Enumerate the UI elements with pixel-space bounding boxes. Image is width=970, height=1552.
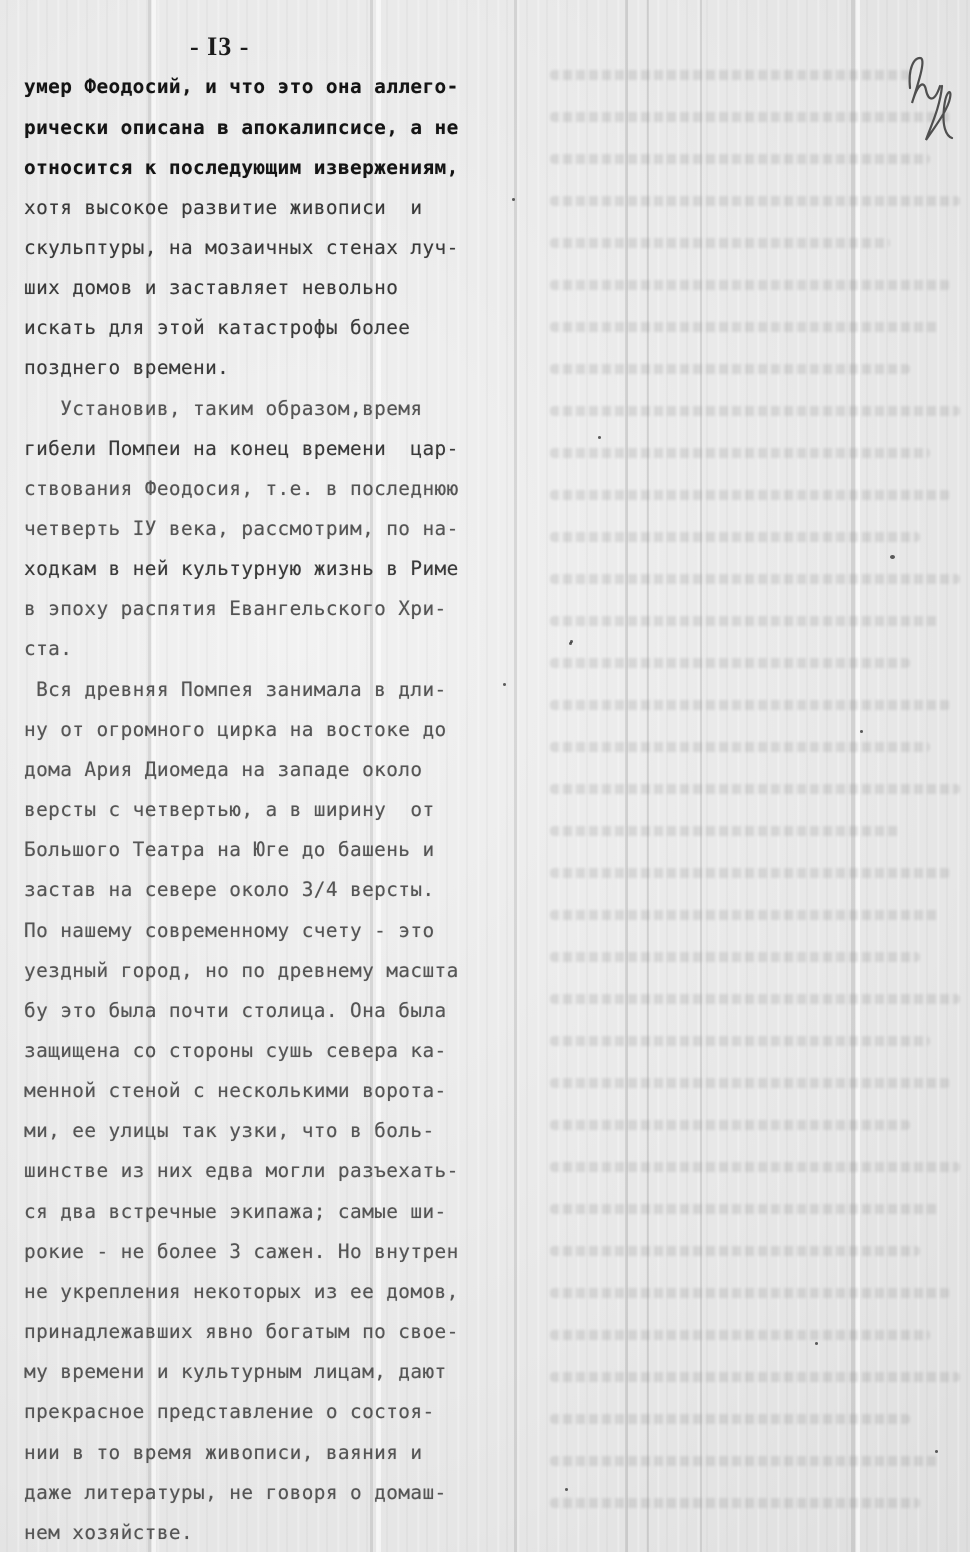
text-line: му времени и культурным лицам, дают bbox=[24, 1360, 447, 1384]
text-line: версты с четвертью, а в ширину от bbox=[24, 798, 435, 822]
bleed-through-text bbox=[530, 50, 970, 1530]
text-line: ших домов и заставляет невольно bbox=[24, 276, 398, 300]
text-line: Большого Театра на Юге до башень и bbox=[24, 838, 435, 862]
text-line: ходкам в ней культурную жизнь в Риме bbox=[24, 557, 459, 581]
text-line: рически описана в апокалипсисе, а не bbox=[24, 116, 459, 140]
text-line: позднего времени. bbox=[24, 356, 229, 380]
text-line: Установив, таким образом,время bbox=[24, 397, 422, 421]
text-line: застав на севере около 3/4 версты. bbox=[24, 878, 435, 902]
text-line: дома Ария Диомеда на западе около bbox=[24, 758, 422, 782]
text-line: шинстве из них едва могли разъехать- bbox=[24, 1159, 459, 1183]
text-line: защищена со стороны сушь севера ка- bbox=[24, 1039, 447, 1063]
page-number: - I3 - bbox=[190, 32, 249, 62]
text-line: искать для этой катастрофы более bbox=[24, 316, 410, 340]
text-line: ми, ее улицы так узки, что в боль- bbox=[24, 1119, 435, 1143]
text-line: в эпоху распятия Евангельского Хри- bbox=[24, 597, 447, 621]
text-line: ста. bbox=[24, 637, 72, 661]
text-line: ну от огромного цирка на востоке до bbox=[24, 718, 447, 742]
text-line: хотя высокое развитие живописи и bbox=[24, 196, 422, 220]
scanned-page: - I3 - умер Феодосий, и что это она алле… bbox=[0, 0, 970, 1552]
text-line: относится к последующим извержениям, bbox=[24, 156, 459, 180]
text-line: менной стеной с несколькими ворота- bbox=[24, 1079, 447, 1103]
text-line: рокие - не более 3 сажен. Но внутрен bbox=[24, 1240, 459, 1264]
text-line: нем хозяйстве. bbox=[24, 1521, 193, 1545]
handwritten-folio-mark-icon bbox=[890, 28, 960, 148]
text-line: ся два встречные экипажа; самые ши- bbox=[24, 1200, 447, 1224]
scan-streak bbox=[514, 0, 517, 1552]
text-line: гибели Помпеи на конец времени цар- bbox=[24, 437, 459, 461]
text-line: даже литературы, не говоря о домаш- bbox=[24, 1481, 447, 1505]
text-line: не укрепления некоторых из ее домов, bbox=[24, 1280, 459, 1304]
text-line: принадлежавших явно богатым по свое- bbox=[24, 1320, 459, 1344]
text-line: бу это была почти столица. Она была bbox=[24, 999, 447, 1023]
text-line: уездный город, но по древнему масшта bbox=[24, 959, 459, 983]
text-line: умер Феодосий, и что это она аллего- bbox=[24, 75, 459, 99]
text-line: прекрасное представление о состоя- bbox=[24, 1400, 435, 1424]
text-line: скульптуры, на мозаичных стенах луч- bbox=[24, 236, 459, 260]
text-line: По нашему современному счету - это bbox=[24, 919, 435, 943]
text-line: нии в то время живописи, ваяния и bbox=[24, 1441, 422, 1465]
text-line: Вся древняя Помпея занимала в дли- bbox=[24, 678, 447, 702]
text-line: ствования Феодосия, т.е. в последнюю bbox=[24, 477, 459, 501]
text-line: четверть IУ века, рассмотрим, по на- bbox=[24, 517, 459, 541]
